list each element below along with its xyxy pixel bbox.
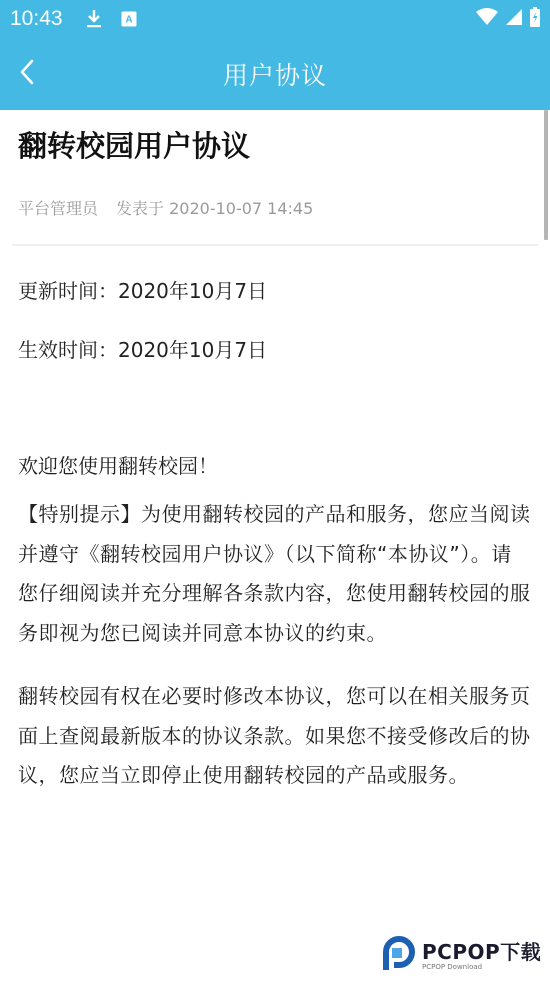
back-button[interactable] <box>12 57 42 91</box>
effective-date: 生效时间：2020年10月7日 <box>18 335 532 365</box>
divider <box>12 244 538 246</box>
updated-date: 更新时间：2020年10月7日 <box>18 276 532 306</box>
paragraph-special-notice: 【特别提示】为使用翻转校园的产品和服务，您应当阅读并遵守《翻转校园用户协议》（以… <box>18 495 532 653</box>
article-meta: 平台管理员发表于 2020-10-07 14:45 <box>0 184 550 234</box>
article-body: 更新时间：2020年10月7日 生效时间：2020年10月7日 欢迎您使用翻转校… <box>0 276 550 796</box>
watermark: PCPOP下载 PCPOP Download <box>380 934 541 978</box>
keyboard-a-icon: A <box>121 11 137 27</box>
status-time: 10:43 <box>10 7 63 31</box>
wifi-icon <box>476 8 498 29</box>
app-bar: 用户协议 <box>0 37 550 110</box>
author: 平台管理员 <box>18 199 98 218</box>
svg-text:A: A <box>125 14 132 25</box>
welcome-text: 欢迎您使用翻转校园！ <box>18 451 532 481</box>
scrollbar[interactable] <box>544 110 548 240</box>
cell-signal-icon <box>506 9 522 29</box>
battery-charging-icon <box>530 7 540 31</box>
status-bar: 10:43 A <box>0 0 550 37</box>
article-title: 翻转校园用户协议 <box>0 110 550 184</box>
pcpop-logo-icon <box>380 934 418 978</box>
watermark-main: PCPOP下载 <box>422 941 541 963</box>
chevron-left-icon <box>19 59 35 89</box>
paragraph-modification: 翻转校园有权在必要时修改本协议，您可以在相关服务页面上查阅最新版本的协议条款。如… <box>18 677 532 796</box>
download-icon <box>85 9 103 29</box>
page-title: 用户协议 <box>223 56 327 92</box>
publish-date: 发表于 2020-10-07 14:45 <box>116 199 313 218</box>
watermark-sub: PCPOP Download <box>422 963 541 972</box>
article-content[interactable]: 翻转校园用户协议 平台管理员发表于 2020-10-07 14:45 更新时间：… <box>0 110 550 796</box>
